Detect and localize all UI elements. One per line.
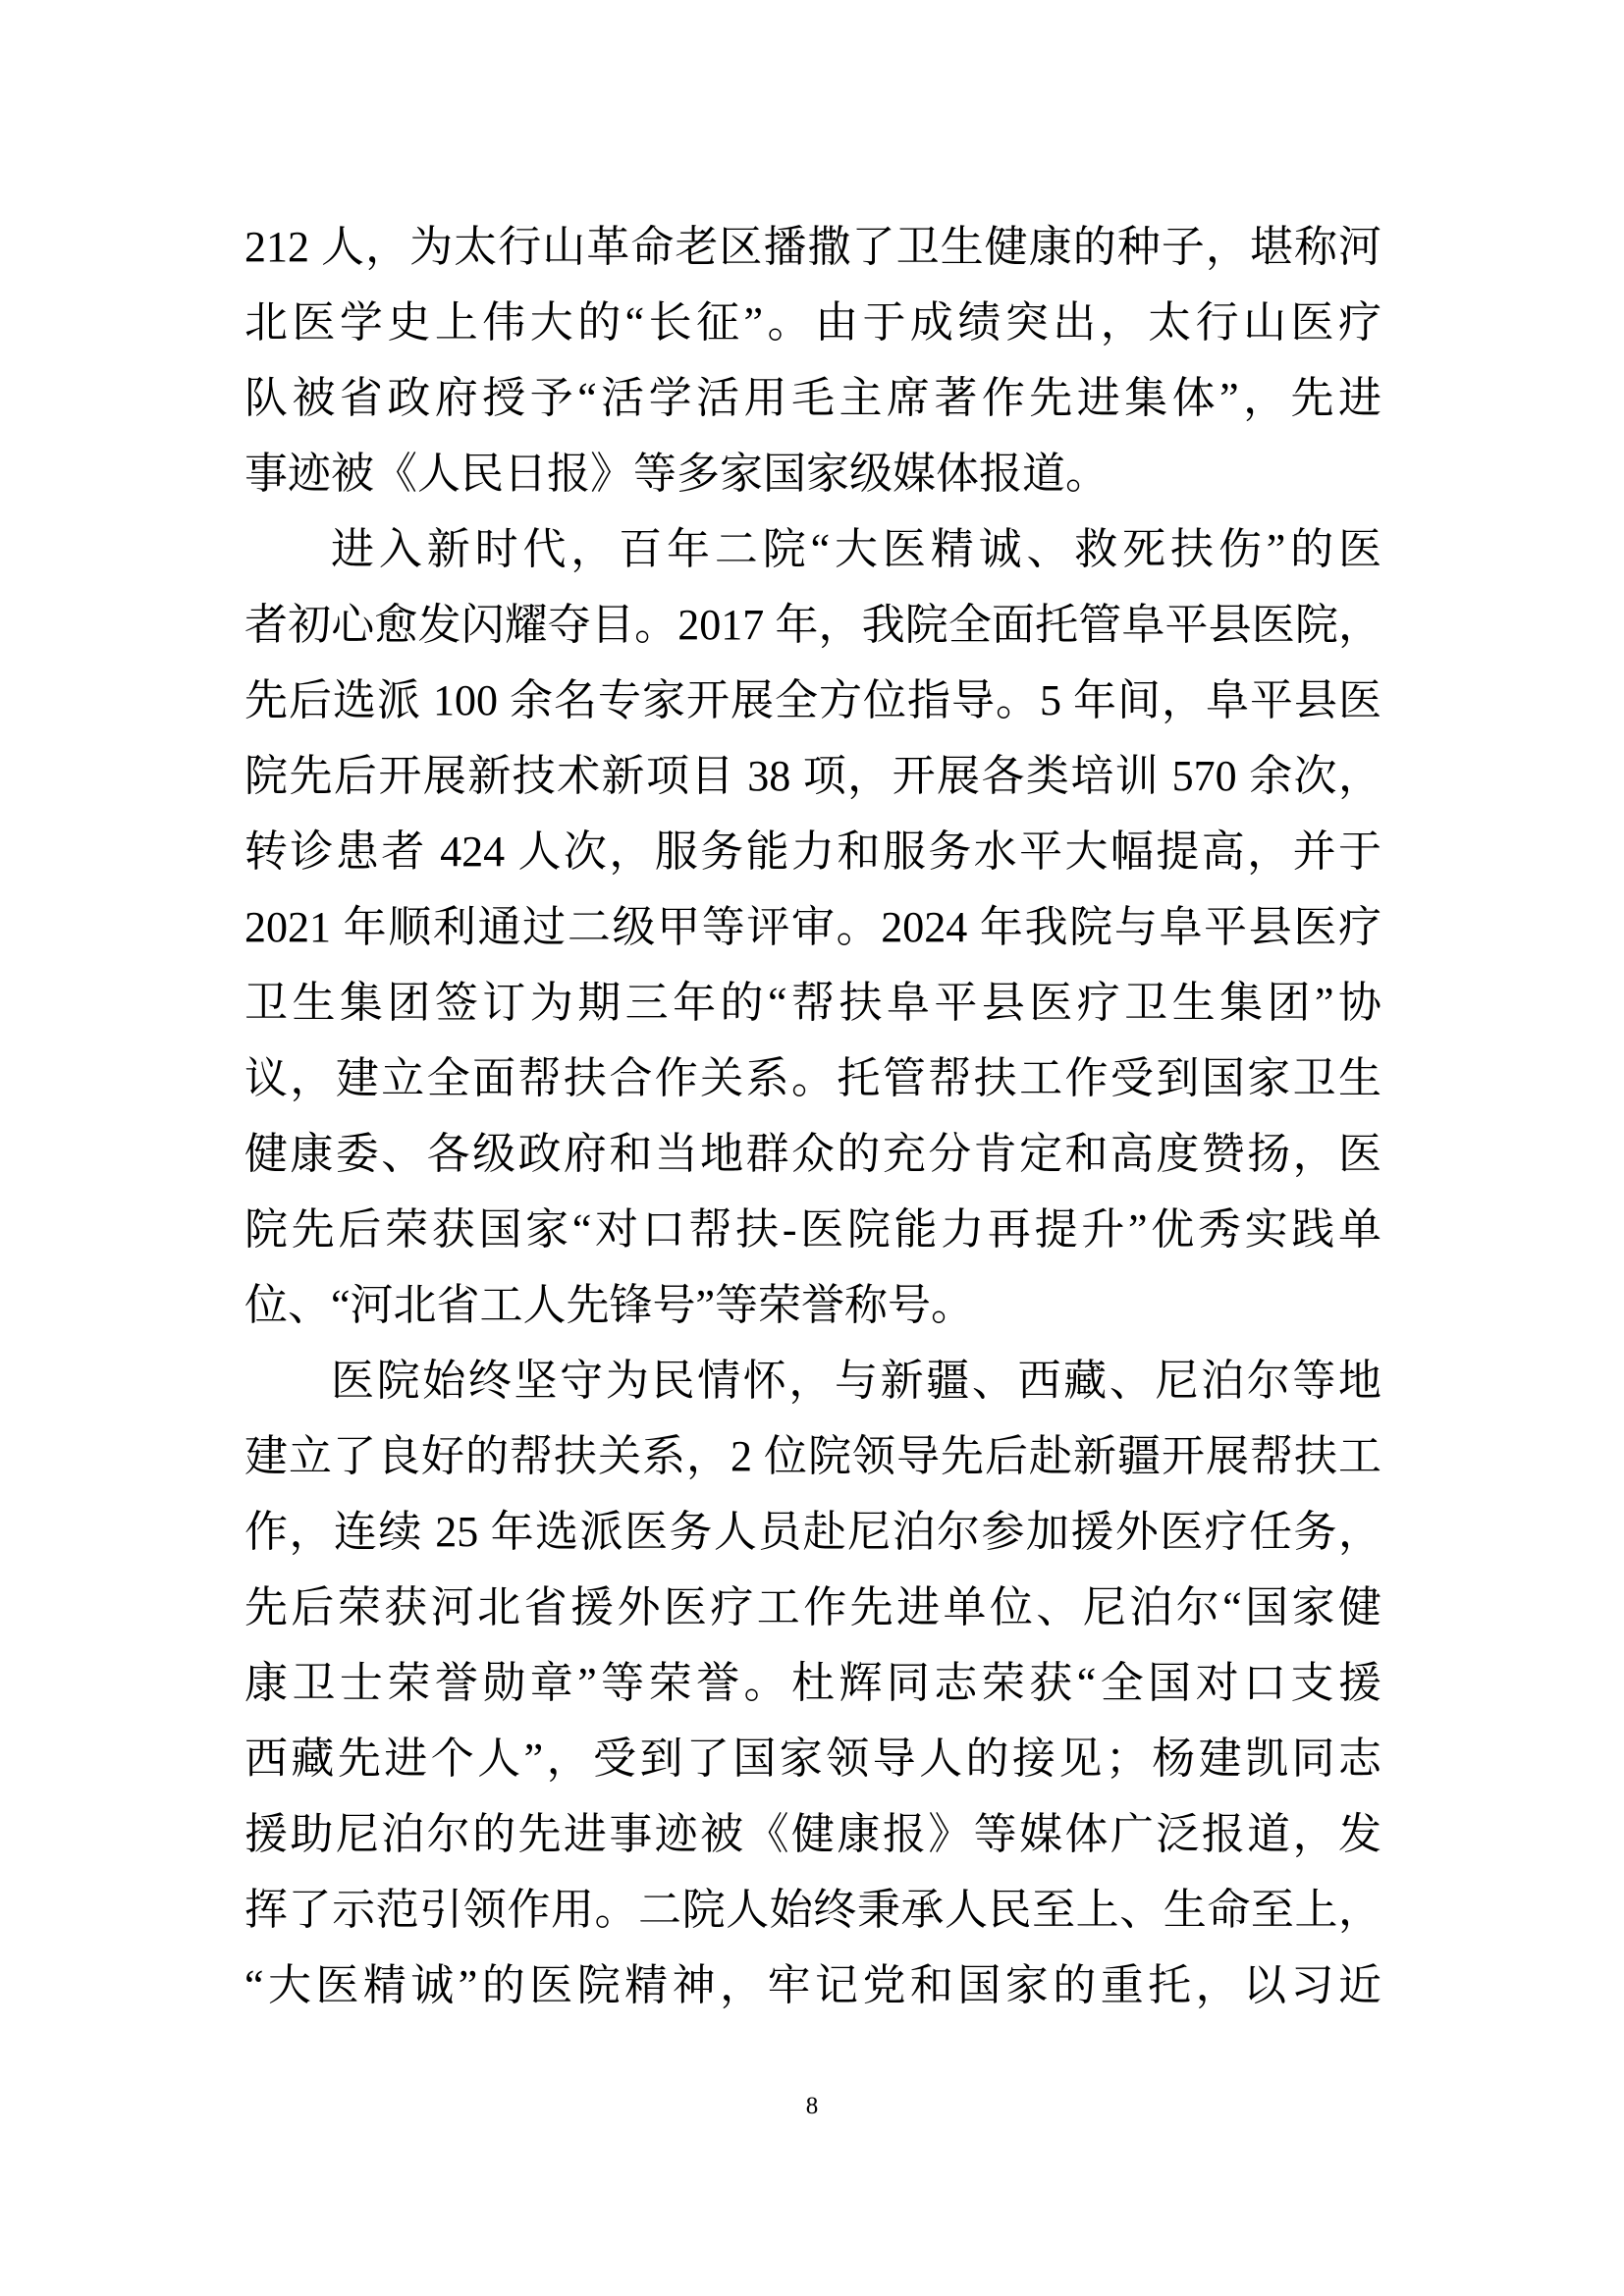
text-line: 院先后开展新技术新项目 38 项，开展各类培训 570 余次， — [244, 738, 1381, 814]
text-line: 转诊患者 424 人次，服务能力和服务水平大幅提高，并于 — [244, 814, 1381, 889]
text-line: 2021 年顺利通过二级甲等评审。2024 年我院与阜平县医疗 — [244, 889, 1381, 965]
text-line: 医院始终坚守为民情怀，与新疆、西藏、尼泊尔等地 — [244, 1343, 1381, 1418]
text-line: 西藏先进个人”，受到了国家领导人的接见；杨建凯同志 — [244, 1721, 1381, 1796]
paragraph-3: 医院始终坚守为民情怀，与新疆、西藏、尼泊尔等地 建立了良好的帮扶关系，2 位院领… — [244, 1343, 1381, 2023]
text-line: 挥了示范引领作用。二院人始终秉承人民至上、生命至上， — [244, 1872, 1381, 1948]
text-line: “大医精诚”的医院精神，牢记党和国家的重托，以习近 — [244, 1948, 1381, 2023]
text-line: 212 人，为太行山革命老区播撒了卫生健康的种子，堪称河 — [244, 209, 1381, 285]
text-line: 事迹被《人民日报》等多家国家级媒体报道。 — [244, 436, 1381, 511]
text-line: 建立了良好的帮扶关系，2 位院领导先后赴新疆开展帮扶工 — [244, 1418, 1381, 1494]
text-line: 先后荣获河北省援外医疗工作先进单位、尼泊尔“国家健 — [244, 1570, 1381, 1645]
text-line: 健康委、各级政府和当地群众的充分肯定和高度赞扬，医 — [244, 1116, 1381, 1192]
page-number: 8 — [0, 2089, 1624, 2124]
text-body: 212 人，为太行山革命老区播撒了卫生健康的种子，堪称河 北医学史上伟大的“长征… — [244, 209, 1381, 2023]
text-line: 援助尼泊尔的先进事迹被《健康报》等媒体广泛报道，发 — [244, 1796, 1381, 1872]
text-line: 院先后荣获国家“对口帮扶-医院能力再提升”优秀实践单 — [244, 1192, 1381, 1267]
text-line: 位、“河北省工人先锋号”等荣誉称号。 — [244, 1267, 1381, 1343]
text-line: 北医学史上伟大的“长征”。由于成绩突出，太行山医疗 — [244, 285, 1381, 360]
text-line: 卫生集团签订为期三年的“帮扶阜平县医疗卫生集团”协 — [244, 965, 1381, 1041]
text-line: 议，建立全面帮扶合作关系。托管帮扶工作受到国家卫生 — [244, 1041, 1381, 1116]
text-line: 进入新时代，百年二院“大医精诚、救死扶伤”的医 — [244, 511, 1381, 587]
paragraph-2: 进入新时代，百年二院“大医精诚、救死扶伤”的医 者初心愈发闪耀夺目。2017 年… — [244, 511, 1381, 1343]
text-line: 作，连续 25 年选派医务人员赴尼泊尔参加援外医疗任务， — [244, 1494, 1381, 1570]
text-line: 康卫士荣誉勋章”等荣誉。杜辉同志荣获“全国对口支援 — [244, 1645, 1381, 1721]
text-line: 队被省政府授予“活学活用毛主席著作先进集体”，先进 — [244, 360, 1381, 436]
paragraph-1: 212 人，为太行山革命老区播撒了卫生健康的种子，堪称河 北医学史上伟大的“长征… — [244, 209, 1381, 511]
text-line: 者初心愈发闪耀夺目。2017 年，我院全面托管阜平县医院， — [244, 587, 1381, 663]
text-line: 先后选派 100 余名专家开展全方位指导。5 年间，阜平县医 — [244, 663, 1381, 738]
document-page: 212 人，为太行山革命老区播撒了卫生健康的种子，堪称河 北医学史上伟大的“长征… — [0, 0, 1624, 2296]
